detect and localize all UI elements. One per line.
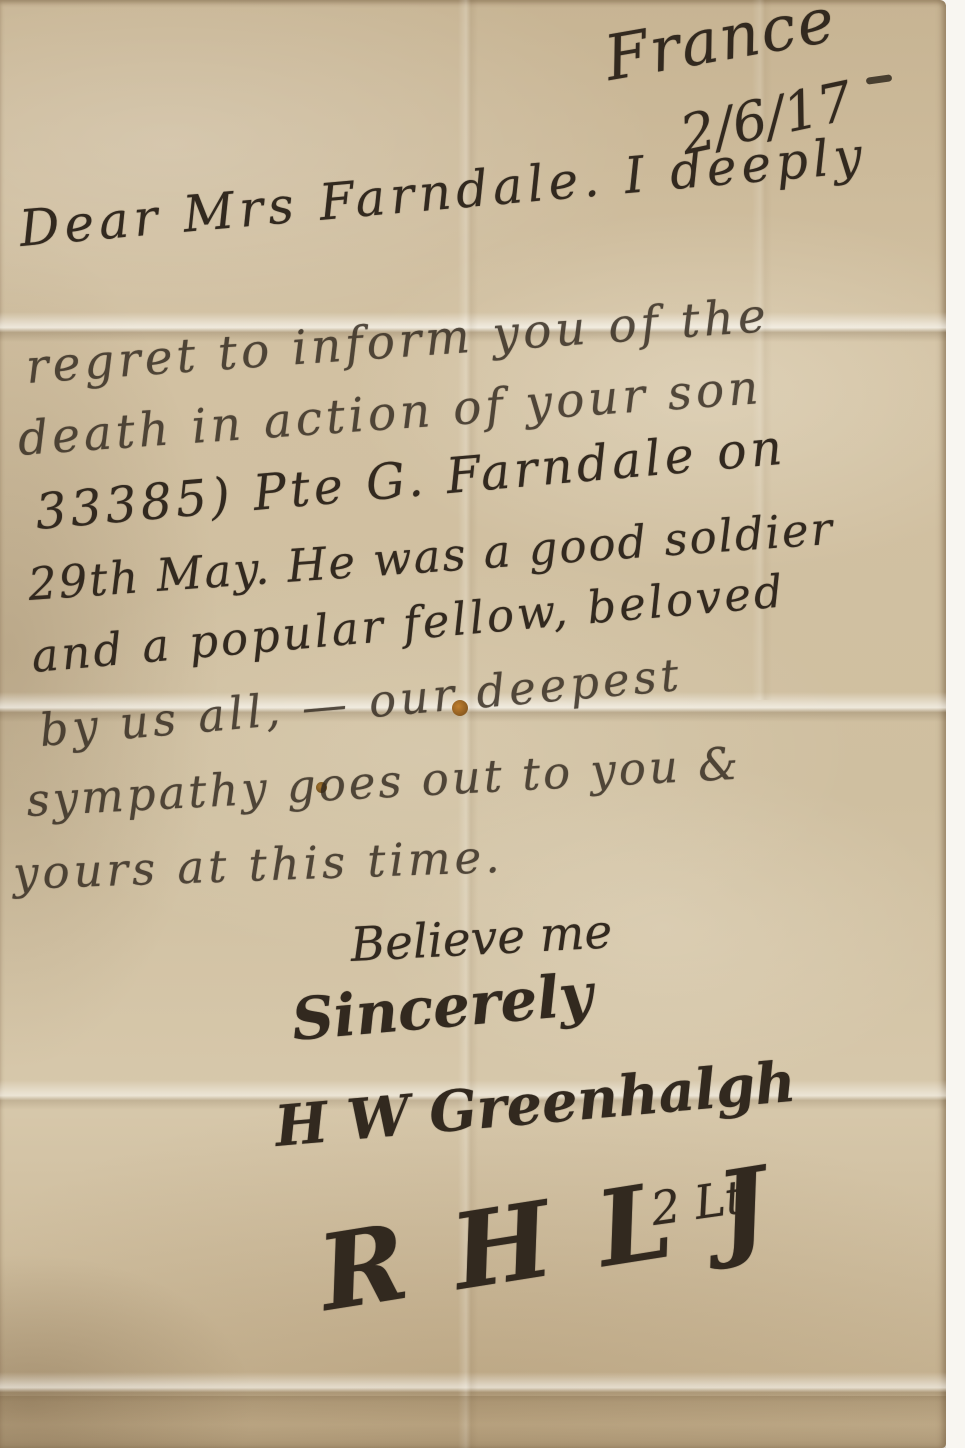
scanned-letter: France 2/6/17 Dear Mrs Farndale. I deepl… <box>0 0 965 1448</box>
paper-bottom-shading <box>0 1396 946 1448</box>
